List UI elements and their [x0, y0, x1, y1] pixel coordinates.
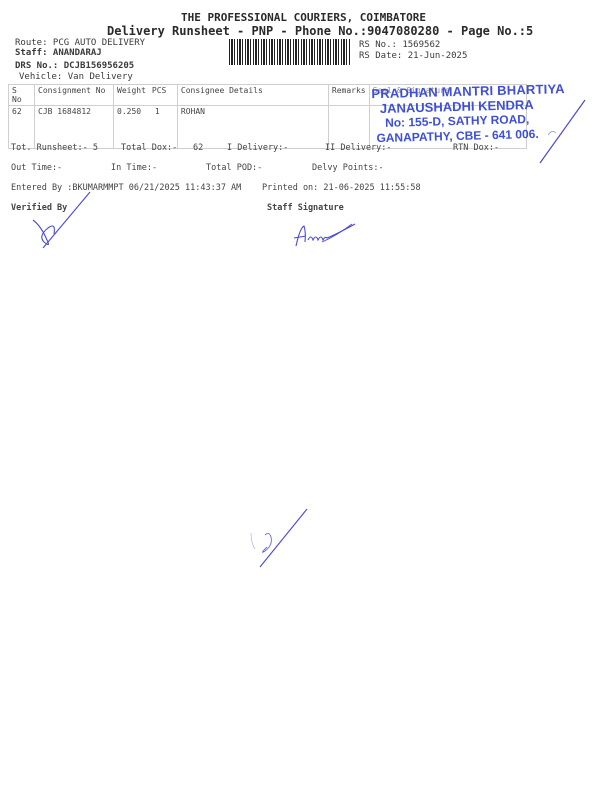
tot-runsheet: Tot. Runsheet:- 5	[11, 143, 98, 153]
total-dox-label: Total Dox:-	[121, 143, 177, 153]
drs-number: DRS No.: DCJB156956205	[15, 61, 134, 71]
company-name: THE PROFESSIONAL COURIERS, COIMBATORE	[181, 11, 426, 24]
col-s-no: S No	[9, 85, 35, 106]
rtn-dox: RTN Dox:-	[453, 143, 499, 153]
vehicle-label: Vehicle: Van Delivery	[19, 72, 133, 82]
total-dox-value: 62	[193, 143, 203, 153]
delvy-points: Delvy Points:-	[312, 163, 384, 173]
barcode	[229, 39, 351, 65]
staff-label: Staff: ANANDARAJ	[15, 48, 102, 58]
i-delivery: I Delivery:-	[227, 143, 288, 153]
staff-signature-label: Staff Signature	[267, 203, 344, 213]
pharmacy-stamp: PRADHAN MANTRI BHARTIYA JANAUSHADHI KEND…	[371, 82, 543, 146]
in-time: In Time:-	[111, 163, 157, 173]
col-pcs: PCS	[149, 85, 178, 106]
runsheet-title: Delivery Runsheet - PNP - Phone No.:9047…	[107, 24, 533, 38]
scribble-mark-icon	[245, 505, 315, 575]
staff-signature-icon	[290, 218, 360, 250]
col-weight: Weight	[114, 85, 149, 106]
ii-delivery: II Delivery:-	[325, 143, 392, 153]
col-consignee-details: Consignee Details	[177, 85, 328, 106]
col-consignment-no: Consignment No	[35, 85, 114, 106]
total-pod: Total POD:-	[206, 163, 262, 173]
route-label: Route: PCG AUTO DELIVERY	[15, 38, 145, 48]
col-remarks: Remarks	[328, 85, 369, 106]
rs-number: RS No.: 1569562	[359, 40, 440, 50]
out-time: Out Time:-	[11, 163, 62, 173]
rs-date: RS Date: 21-Jun-2025	[359, 51, 467, 61]
verifier-signature-icon	[28, 190, 93, 255]
printed-on: Printed on: 21-06-2025 11:55:58	[262, 183, 421, 193]
stamp-signature-icon	[530, 95, 590, 170]
